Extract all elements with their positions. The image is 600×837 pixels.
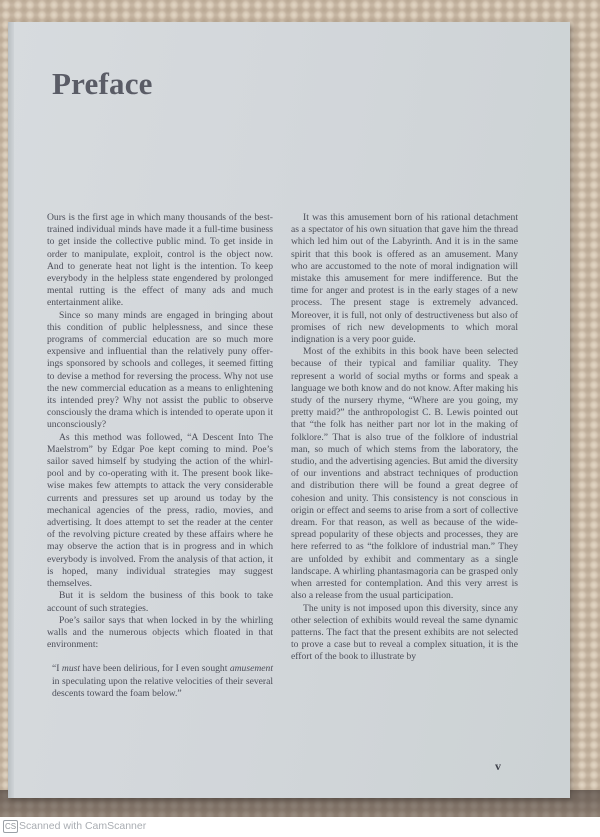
page-spine-edge (8, 22, 14, 798)
paragraph: Most of the exhibits in this book have b… (291, 346, 518, 602)
scanner-watermark: Scanned with CamScanner (19, 820, 146, 832)
paragraph: But it is seldom the business of this bo… (47, 590, 273, 614)
quote-emphasis: must (62, 663, 80, 674)
left-column: Ours is the first age in which many thou… (47, 212, 273, 700)
page-title: Preface (52, 66, 153, 102)
quote-text: “I (52, 663, 62, 674)
paragraph: It was this amusement born of his ration… (291, 212, 518, 346)
quote-text: in speculating upon the relative velocit… (52, 676, 273, 699)
paragraph: Since so many minds are engaged in bring… (47, 310, 273, 432)
quote-text: have been delirious, for I even sought (80, 663, 230, 674)
book-page: Preface Ours is the first age in which m… (8, 22, 570, 798)
paragraph: As this method was followed, “A Descent … (47, 432, 273, 591)
paragraph: The unity is not imposed upon this diver… (291, 603, 518, 664)
paragraph: Poe’s sailor says that when locked in by… (47, 615, 273, 652)
block-quote: “I must have been delirious, for I even … (52, 663, 273, 700)
camscanner-logo-icon: CS (3, 820, 18, 833)
right-column: It was this amusement born of his ration… (291, 212, 518, 664)
paragraph: Ours is the first age in which many thou… (47, 212, 273, 310)
page-number: v (495, 759, 501, 774)
quote-emphasis: amusement (230, 663, 273, 674)
